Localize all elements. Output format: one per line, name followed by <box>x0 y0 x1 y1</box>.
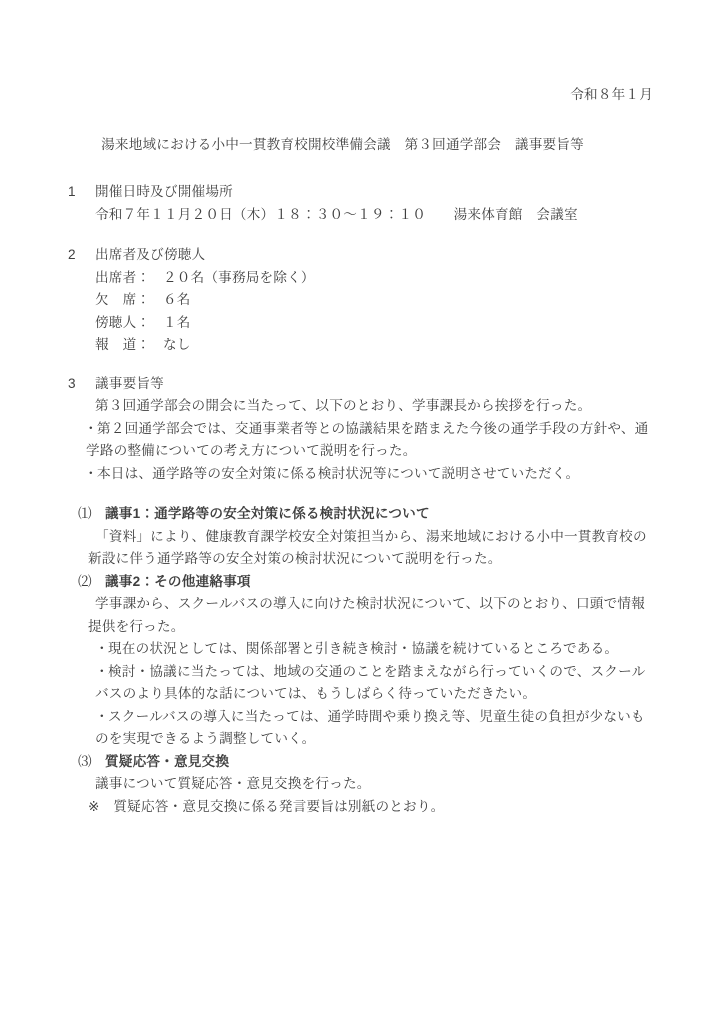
agenda-item-3: ⑶質疑応答・意見交換 議事について質疑応答・意見交換を行った。 ※ 質疑応答・意… <box>68 751 653 819</box>
agenda-item-3-paragraph: 議事について質疑応答・意見交換を行った。 <box>88 773 653 796</box>
attendee-row-label: 傍聴人： <box>95 312 153 335</box>
greeting-bullet-text: 第２回通学部会では、交通事業者等との協議結果を踏まえた今後の通学手段の方針や、通… <box>86 421 648 459</box>
greeting-bullet-text: 本日は、通学路等の安全対策に係る検討状況等について説明させていただく。 <box>97 466 579 481</box>
section3-heading-text: 議事要旨等 <box>95 376 164 391</box>
bullet-icon: ・ <box>95 638 108 661</box>
bullet-icon: ・ <box>84 418 97 441</box>
greeting-bullet: ・本日は、通学路等の安全対策に係る検討状況等について説明させていただく。 <box>86 463 653 486</box>
document-date: 令和８年１月 <box>68 84 653 107</box>
section3-intro: 第３回通学部会の開会に当たって、以下のとおり、学事課長から挨拶を行った。 <box>88 395 653 418</box>
agenda-item-2: ⑵議事2：その他連絡事項 学事課から、スクールバスの導入に向けた検討状況について… <box>68 571 653 751</box>
agenda-item-1-paragraph: 「資料」により、健康教育課学校安全対策担当から、湯来地域における小中一貫教育校の… <box>88 526 653 571</box>
attendee-row-label: 報 道： <box>95 334 153 357</box>
section3-heading: 3議事要旨等 <box>68 373 653 396</box>
attendee-row: 出席者：２０名（事務局を除く） <box>95 267 653 290</box>
agenda-item-2-heading: ⑵議事2：その他連絡事項 <box>78 571 653 594</box>
agenda-item-3-heading: ⑶質疑応答・意見交換 <box>78 751 653 774</box>
section2-heading: 2出席者及び傍聴人 <box>68 244 653 267</box>
document-title: 湯来地域における小中一貫教育校開校準備会議 第３回通学部会 議事要旨等 <box>50 134 635 157</box>
section3-number: 3 <box>68 373 95 396</box>
bullet-icon: ・ <box>95 706 108 729</box>
section1-heading: 1開催日時及び開催場所 <box>68 181 653 204</box>
agenda-item-1-number: ⑴ <box>78 503 105 526</box>
agenda-item-2-title: 議事2：その他連絡事項 <box>105 574 251 589</box>
attendee-row-value: １名 <box>163 315 191 330</box>
attendee-row-value: ２０名（事務局を除く） <box>163 270 315 285</box>
section1-body: 令和７年１１月２０日（木）１８：３０～１９：１０ 湯来体育館 会議室 <box>88 204 653 227</box>
attendee-row-value: ６名 <box>163 292 191 307</box>
agenda-items: ⑴議事1：通学路等の安全対策に係る検討状況について 「資料」により、健康教育課学… <box>68 503 653 818</box>
attendee-row-value: なし <box>163 337 191 352</box>
document-page: 令和８年１月 湯来地域における小中一貫教育校開校準備会議 第３回通学部会 議事要… <box>0 0 724 1024</box>
agenda-item-2-bullet-text: 現在の状況としては、関係部署と引き続き検討・協議を続けているところである。 <box>108 641 618 656</box>
agenda-item-2-bullet: ・スクールバスの導入に当たっては、通学時間や乗り換え等、児童生徒の負担が少ないも… <box>95 706 653 751</box>
attendee-row: 傍聴人：１名 <box>95 312 653 335</box>
agenda-item-2-bullet-text: 検討・協議に当たっては、地域の交通のことを踏まえながら行っていくので、スクールバ… <box>95 664 645 702</box>
greeting-bullet: ・第２回通学部会では、交通事業者等との協議結果を踏まえた今後の通学手段の方針や、… <box>86 418 653 463</box>
section1-heading-text: 開催日時及び開催場所 <box>95 184 233 199</box>
agenda-item-1-title: 議事1：通学路等の安全対策に係る検討状況について <box>105 506 430 521</box>
section-attendees: 2出席者及び傍聴人 出席者：２０名（事務局を除く） 欠 席：６名 傍聴人：１名 … <box>68 244 653 357</box>
section1-number: 1 <box>68 181 95 204</box>
attendee-row-label: 出席者： <box>95 267 153 290</box>
agenda-item-2-number: ⑵ <box>78 571 105 594</box>
agenda-item-3-note: ※ 質疑応答・意見交換に係る発言要旨は別紙のとおり。 <box>88 796 653 819</box>
section-meeting-datetime: 1開催日時及び開催場所 令和７年１１月２０日（木）１８：３０～１９：１０ 湯来体… <box>68 181 653 226</box>
section-minutes: 3議事要旨等 第３回通学部会の開会に当たって、以下のとおり、学事課長から挨拶を行… <box>68 373 653 819</box>
agenda-item-2-paragraph: 学事課から、スクールバスの導入に向けた検討状況について、以下のとおり、口頭で情報… <box>88 593 653 638</box>
agenda-item-3-title: 質疑応答・意見交換 <box>105 754 229 769</box>
agenda-item-2-bullet: ・検討・協議に当たっては、地域の交通のことを踏まえながら行っていくので、スクール… <box>95 661 653 706</box>
section2-heading-text: 出席者及び傍聴人 <box>95 247 205 262</box>
agenda-item-1-heading: ⑴議事1：通学路等の安全対策に係る検討状況について <box>78 503 653 526</box>
bullet-icon: ・ <box>95 661 108 684</box>
attendee-row: 報 道：なし <box>95 334 653 357</box>
section2-number: 2 <box>68 244 95 267</box>
bullet-icon: ・ <box>84 463 97 486</box>
agenda-item-2-bullet-text: スクールバスの導入に当たっては、通学時間や乗り換え等、児童生徒の負担が少ないもの… <box>95 709 645 747</box>
attendee-row: 欠 席：６名 <box>95 289 653 312</box>
attendee-row-label: 欠 席： <box>95 289 153 312</box>
agenda-item-2-bullet: ・現在の状況としては、関係部署と引き続き検討・協議を続けているところである。 <box>95 638 653 661</box>
agenda-item-3-number: ⑶ <box>78 751 105 774</box>
agenda-item-1: ⑴議事1：通学路等の安全対策に係る検討状況について 「資料」により、健康教育課学… <box>68 503 653 571</box>
